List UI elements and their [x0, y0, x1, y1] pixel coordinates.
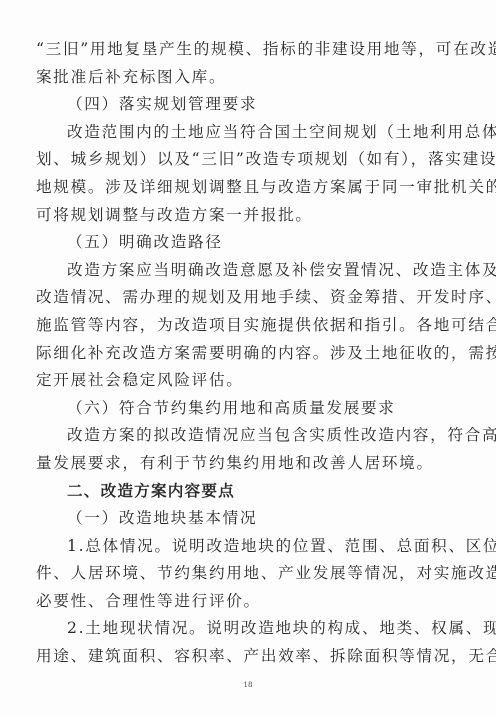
section-heading: 二、改造方案内容要点: [36, 478, 458, 506]
text-line: 施监管等内容，为改造项目实施提供依据和指引。各地可结合实: [36, 312, 458, 340]
document-page: “三旧”用地复垦产生的规模、指标的非建设用地等，可在改造方 案批准后补充标图入库…: [0, 0, 496, 716]
section-subheading: （一）改造地块基本情况: [36, 505, 458, 533]
paragraph-start: 改造方案应当明确改造意愿及补偿安置情况、改造主体及拟: [36, 257, 458, 285]
text-line: 件、人居环境、节约集约用地、产业发展等情况，对实施改造的: [36, 560, 458, 588]
text-line: 用途、建筑面积、容积率、产出效率、拆除面积等情况，无合法: [36, 643, 458, 671]
text-line: 可将规划调整与改造方案一并报批。: [36, 202, 458, 230]
text-line: 必要性、合理性等进行评价。: [36, 588, 458, 616]
paragraph-start: 1.总体情况。说明改造地块的位置、范围、总面积、区位条: [36, 533, 458, 561]
text-line: 定开展社会稳定风险评估。: [36, 367, 458, 395]
text-line: 划、城乡规划）以及“三旧”改造专项规划（如有），落实建设用: [36, 146, 458, 174]
document-body: “三旧”用地复垦产生的规模、指标的非建设用地等，可在改造方 案批准后补充标图入库…: [36, 36, 458, 671]
section-subheading: （五）明确改造路径: [36, 229, 458, 257]
text-line: “三旧”用地复垦产生的规模、指标的非建设用地等，可在改造方: [36, 36, 458, 64]
paragraph-start: 2.土地现状情况。说明改造地块的构成、地类、权属、现状: [36, 615, 458, 643]
section-subheading: （四）落实规划管理要求: [36, 91, 458, 119]
paragraph-start: 改造范围内的土地应当符合国土空间规划（土地利用总体规: [36, 119, 458, 147]
text-line: 改造情况、需办理的规划及用地手续、资金筹措、开发时序、实: [36, 284, 458, 312]
paragraph-start: 改造方案的拟改造情况应当包含实质性改造内容，符合高质: [36, 422, 458, 450]
section-subheading: （六）符合节约集约用地和高质量发展要求: [36, 395, 458, 423]
page-number: 18: [0, 681, 496, 689]
text-line: 际细化补充改造方案需要明确的内容。涉及土地征收的，需按规: [36, 340, 458, 368]
text-line: 量发展要求，有利于节约集约用地和改善人居环境。: [36, 450, 458, 478]
text-line: 地规模。涉及详细规划调整且与改造方案属于同一审批机关的，: [36, 174, 458, 202]
text-line: 案批准后补充标图入库。: [36, 64, 458, 92]
